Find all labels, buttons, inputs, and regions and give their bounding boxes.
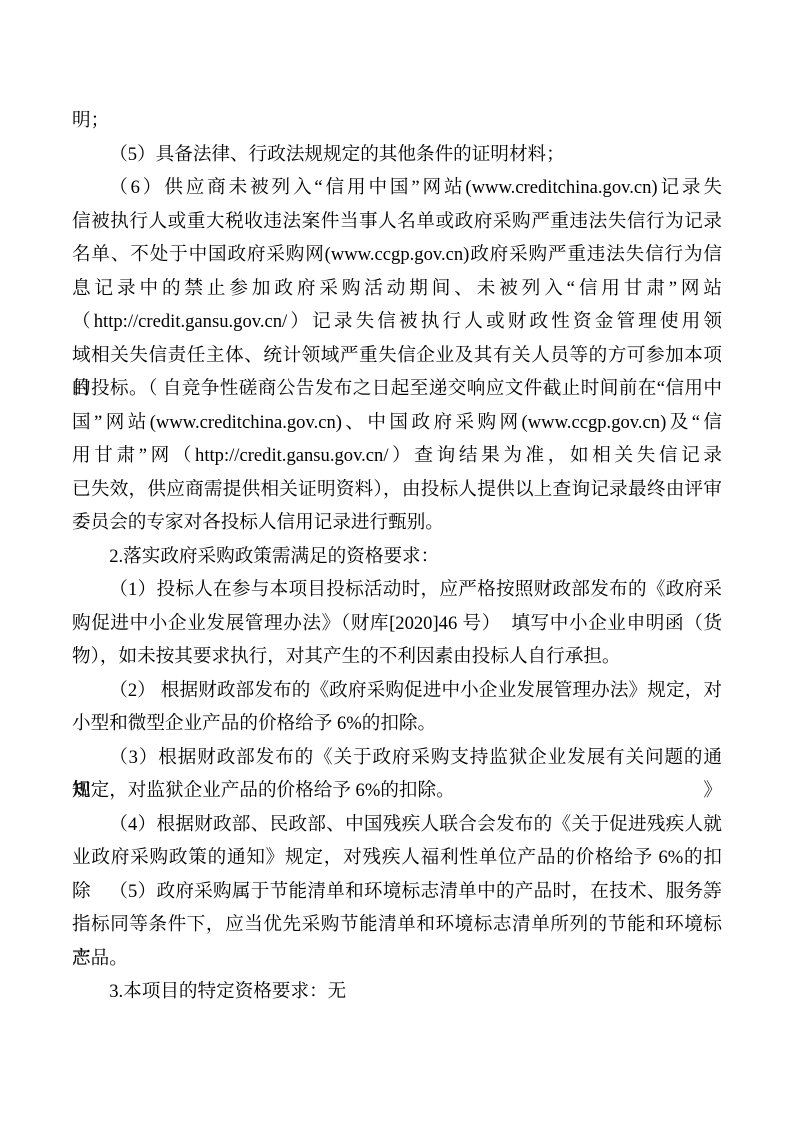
document-body: 明；（5）具备法律、行政法规规定的其他条件的证明材料；（6）供应商未被列入“信用… [72,104,722,1009]
text-line: 用甘肃”网（http://credit.gansu.gov.cn/）查询结果为准… [72,439,722,473]
text-line: 3.本项目的特定资格要求：无 [72,975,722,1009]
text-line: 购促进中小企业发展管理办法》（财库[2020]46 号） 填写中小企业申明函（货 [72,607,722,641]
text-line: （2） 根据财政部发布的《政府采购促进中小企业发展管理办法》规定，对 [72,674,722,708]
text-line: （5）具备法律、行政法规规定的其他条件的证明材料； [72,138,722,172]
text-line: （6）供应商未被列入“信用中国”网站(www.creditchina.gov.c… [72,171,722,205]
text-line: 2.落实政府采购政策需满足的资格要求： [72,540,722,574]
text-line: 明； [72,104,722,138]
text-line: 息记录中的禁止参加政府采购活动期间、未被列入“信用甘肃”网站 [72,272,722,306]
text-line: 的投标。（ 自竞争性磋商公告发布之日起至递交响应文件截止时间前在“信用中 [72,372,722,406]
text-line: （5）政府采购属于节能清单和环境标志清单中的产品时，在技术、服务等 [72,875,722,909]
text-line: （3）根据财政部发布的《关于政府采购支持监狱企业发展有关问题的通知》 [72,741,722,775]
text-line: 名单、不处于中国政府采购网(www.ccgp.gov.cn)政府采购严重违法失信… [72,238,722,272]
text-line: 物），如未按其要求执行，对其产生的不利因素由投标人自行承担。 [72,640,722,674]
text-line: 产品。 [72,942,722,976]
text-line: （http://credit.gansu.gov.cn/）记录失信被执行人或财政… [72,305,722,339]
text-line: 域相关失信责任主体、统计领域严重失信企业及其有关人员等的方可参加本项目 [72,339,722,373]
text-line: 信被执行人或重大税收违法案件当事人名单或政府采购严重违法失信行为记录 [72,205,722,239]
document-page: 明；（5）具备法律、行政法规规定的其他条件的证明材料；（6）供应商未被列入“信用… [0,0,793,1122]
text-line: 委员会的专家对各投标人信用记录进行甄别。 [72,506,722,540]
text-line: 已失效，供应商需提供相关证明资料），由投标人提供以上查询记录最终由评审 [72,473,722,507]
text-line: 国”网站(www.creditchina.gov.cn)、中国政府采购网(www… [72,406,722,440]
text-line: （4）根据财政部、民政部、中国残疾人联合会发布的《关于促进残疾人就 [72,808,722,842]
text-line: 指标同等条件下，应当优先采购节能清单和环境标志清单所列的节能和环境标志 [72,908,722,942]
text-line: （1）投标人在参与本项目投标活动时，应严格按照财政部发布的《政府采 [72,573,722,607]
text-line: 小型和微型企业产品的价格给予 6%的扣除。 [72,707,722,741]
text-line: 业政府采购政策的通知》规定，对残疾人福利性单位产品的价格给予 6%的扣除。 [72,841,722,875]
